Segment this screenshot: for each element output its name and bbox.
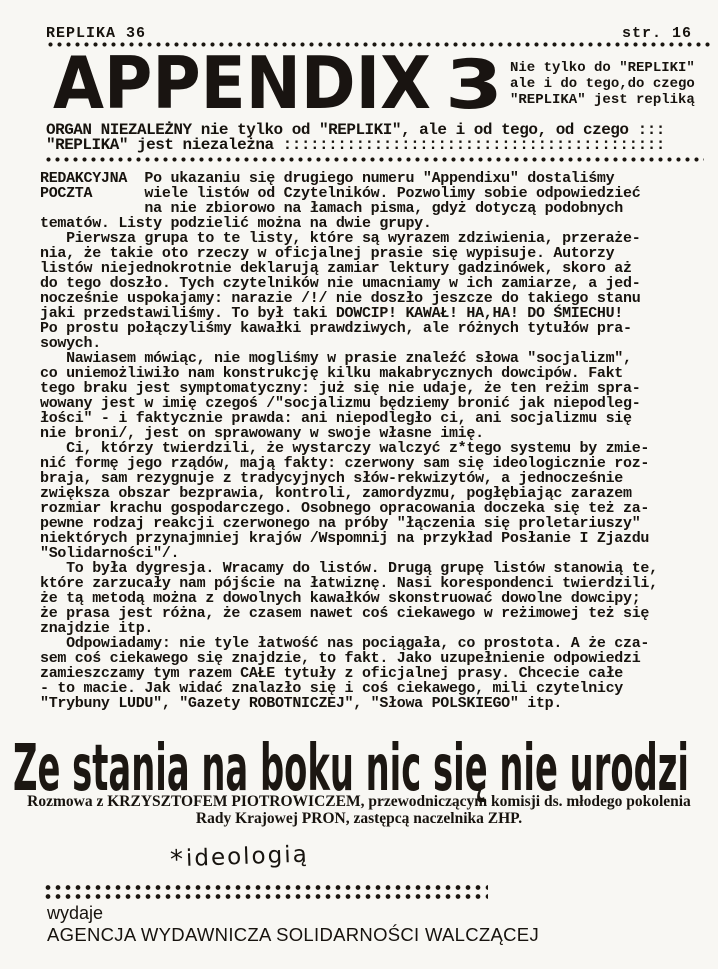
body-line: jaki przedstawiliśmy. To był taki DOWCIP… [40,306,658,321]
asterisk-mark: * [170,845,186,876]
body-line: nia, że takie oto rzeczy w oficjalnej pr… [40,246,658,261]
publisher-block: wydaje AGENCJA WYDAWNICZA SOLIDARNOŚCI W… [47,903,539,946]
body-line: Po prostu połączyliśmy kawałki prawdziwy… [40,321,658,336]
page-header: REPLIKA 36 str. 16 [46,25,692,42]
body-line: "Trybuny LUDU", "Gazety ROBOTNICZEJ", "S… [40,696,658,711]
body-line: Nawiasem mówiąc, nie mogliśmy w prasie z… [40,351,658,366]
handwritten-footnote: *ideologią [170,841,310,876]
body-line: które zarzucały nam pójście na łatwiznę.… [40,576,658,591]
body-line: zamieszczamy tym razem CAŁE tytuły z ofi… [40,666,658,681]
body-line: wowany jest w imię czegoś /"socjalizmu b… [40,396,658,411]
body-line: zwiększa obszar bezprawia, kontroli, zam… [40,486,658,501]
body-line: sem coś ciekawego się znajdzie, to fakt.… [40,651,658,666]
scanned-newsletter-page: REPLIKA 36 str. 16 APPENDIX 3 Nie tylko … [0,0,718,969]
organ-statement: ORGAN NIEZALEŻNY nie tylko od "REPLIKI",… [46,123,665,153]
interview-subtitle: Rozmowa z KRZYSZTOFEM PIOTROWICZEM, prze… [0,793,718,827]
dotted-rule-top [46,41,712,48]
body-line: co uniemożliwiło nam konstrukcję kilku m… [40,366,658,381]
body-line: znajdzie itp. [40,621,658,636]
masthead-side-note: Nie tylko do "REPLIKI"ale i do tego,do c… [510,60,695,108]
dotted-rule-masthead [44,156,704,163]
appendix-title-text: APPENDIX [53,52,431,118]
publication-title: REPLIKA 36 [46,25,146,42]
body-line: listów niejednokrotnie deklarują zamiar … [40,261,658,276]
body-line: do tego doszło. Tych czytelników nie uma… [40,276,658,291]
body-line: łości" - i faktycznie prawda: ani niepod… [40,411,658,426]
side-note-line: Nie tylko do "REPLIKI" [510,60,695,76]
editorial-body: REDAKCYJNA Po ukazaniu się drugiego nume… [40,171,658,711]
body-line: na nie zbiorowo na łamach pisma, gdyż do… [40,201,658,216]
body-line: braja, sam rezygnuje z tradycyjnych słów… [40,471,658,486]
body-line: nie broni/, jest on sprawowany w swoje w… [40,426,658,441]
body-line: Pierwsza grupa to te listy, które są wyr… [40,231,658,246]
issue-number-text: 3 [445,52,503,118]
body-line: "Solidarności"/. [40,546,658,561]
body-line: REDAKCYJNA Po ukazaniu się drugiego nume… [40,171,658,186]
body-line: Odpowiadamy: nie tyle łatwość nas pociąg… [40,636,658,651]
subtitle-line: Rozmowa z KRZYSZTOFEM PIOTROWICZEM, prze… [0,793,718,810]
footnote-word: ideologią [186,842,310,872]
page-number: str. 16 [622,25,692,42]
body-line: - to macie. Jak widać znalazło się i coś… [40,681,658,696]
body-line: tematów. Listy podzielić można na dwie g… [40,216,658,231]
side-note-line: "REPLIKA" jest repliką [510,92,695,108]
body-line: Ci, którzy twierdzili, że wystarczy walc… [40,441,658,456]
masthead: APPENDIX 3 [53,52,513,118]
body-line: że tą metodą można z dowolnych kawałków … [40,591,658,606]
body-line: tego braku jest symptomatyczny: już się … [40,381,658,396]
publisher-name: AGENCJA WYDAWNICZA SOLIDARNOŚCI WALCZĄCE… [47,924,539,946]
body-line: niektórych przynajmniej krajów /Wspomnij… [40,531,658,546]
side-note-line: ale i do tego,do czego [510,76,695,92]
publisher-intro: wydaje [47,903,539,924]
body-line: nocześnie uspokajamy: narazie /!/ nie do… [40,291,658,306]
body-line: POCZTA wiele listów od Czytelników. Pozw… [40,186,658,201]
dotted-rule-bottom [43,883,488,900]
body-line: To była dygresja. Wracamy do listów. Dru… [40,561,658,576]
body-line: sowych. [40,336,658,351]
organ-line: "REPLIKA" jest niezależna ::::::::::::::… [46,138,665,153]
body-line: rozmiar krachu gospodarczego. Osobnego o… [40,501,658,516]
body-line: pewne rodzaj reakcji czerwonego na próby… [40,516,658,531]
subtitle-line: Rady Krajowej PRON, zastępcą naczelnika … [0,810,718,827]
body-line: nić formę jego rządów, mają fakty: czerw… [40,456,658,471]
body-line: że prasa jest różna, że czasem nawet coś… [40,606,658,621]
